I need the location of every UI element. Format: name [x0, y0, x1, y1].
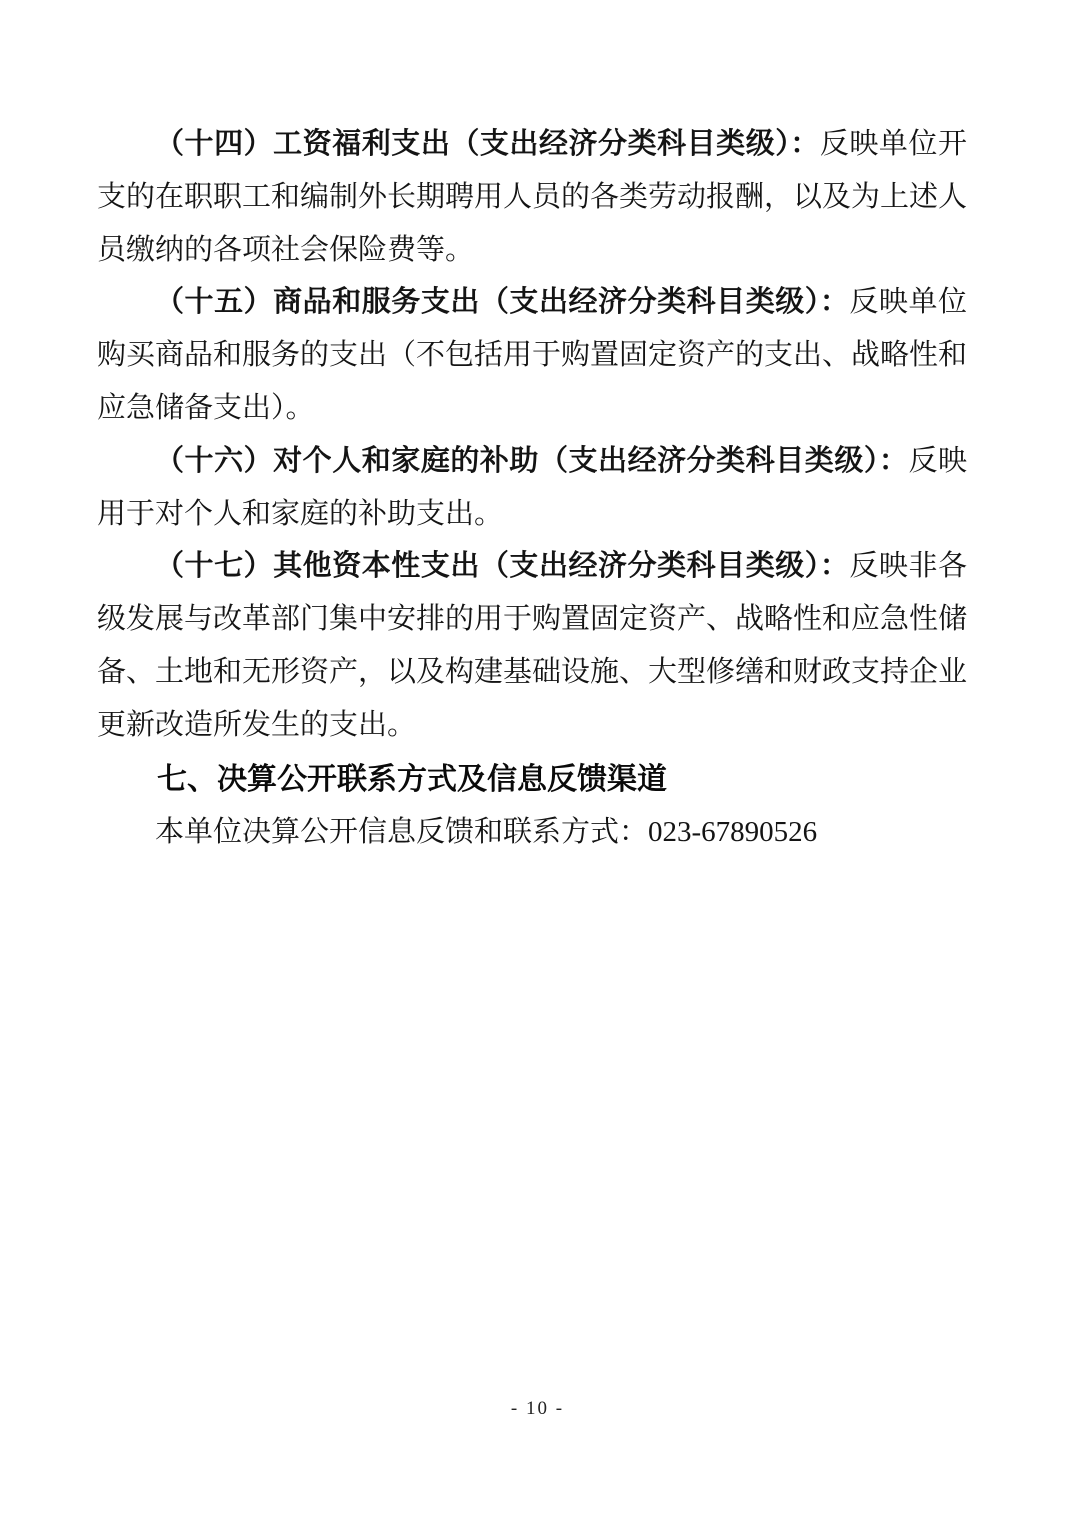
page-number: - 10 - — [0, 1398, 1075, 1420]
paragraph-item-16: （十六）对个人和家庭的补助（支出经济分类科目类级）：反映用于对个人和家庭的补助支… — [97, 435, 967, 541]
section-heading: 七、决算公开联系方式及信息反馈渠道 — [97, 753, 967, 806]
paragraph-item-14: （十四）工资福利支出（支出经济分类科目类级）：反映单位开支的在职职工和编制外长期… — [97, 118, 967, 276]
document-page: （十四）工资福利支出（支出经济分类科目类级）：反映单位开支的在职职工和编制外长期… — [0, 0, 1075, 1520]
paragraph-lead: （十七）其他资本性支出（支出经济分类科目类级）： — [155, 550, 849, 582]
paragraph-lead: （十五）商品和服务支出（支出经济分类科目类级）： — [155, 286, 849, 318]
paragraph-item-17: （十七）其他资本性支出（支出经济分类科目类级）：反映非各级发展与改革部门集中安排… — [97, 540, 967, 751]
paragraph-lead: （十四）工资福利支出（支出经济分类科目类级）： — [155, 128, 820, 160]
document-body: （十四）工资福利支出（支出经济分类科目类级）：反映单位开支的在职职工和编制外长期… — [97, 118, 967, 859]
paragraph-item-15: （十五）商品和服务支出（支出经济分类科目类级）：反映单位购买商品和服务的支出（不… — [97, 276, 967, 434]
paragraph-lead: （十六）对个人和家庭的补助（支出经济分类科目类级）： — [155, 445, 908, 477]
contact-line: 本单位决算公开信息反馈和联系方式：023-67890526 — [97, 806, 967, 859]
